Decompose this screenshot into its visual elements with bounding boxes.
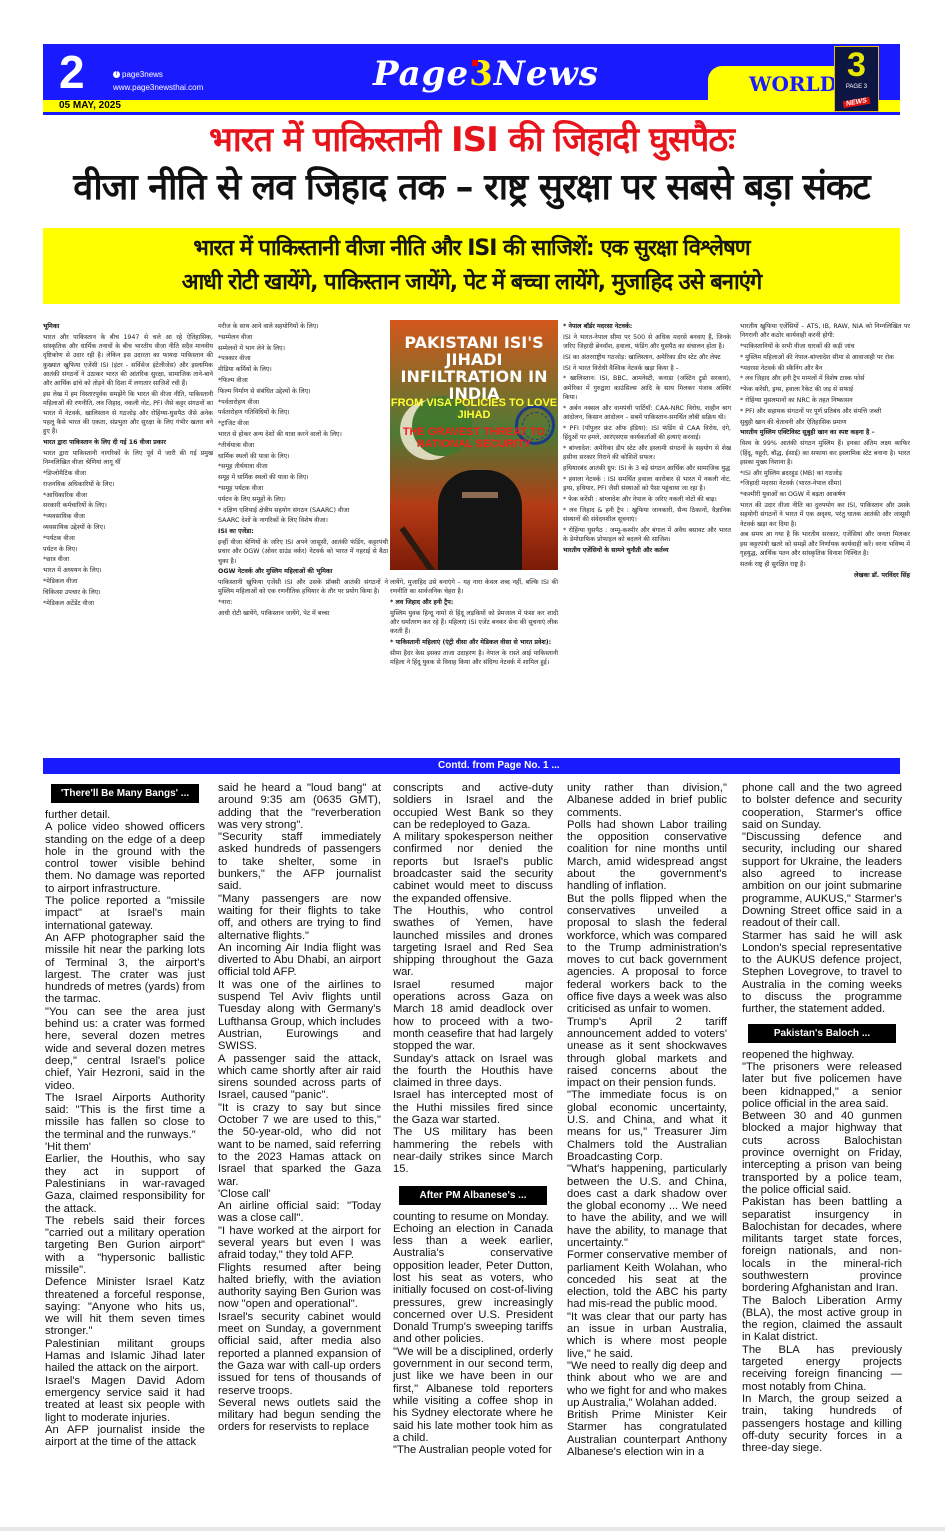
paragraph: लेखकः डॉ. परविंदर सिंह: [740, 571, 910, 580]
paragraph: 'Close call': [218, 1188, 381, 1200]
facebook-link[interactable]: fpage3news: [113, 68, 203, 81]
paragraph: सरकारी कर्मचारियों के लिए।: [43, 501, 213, 510]
paragraph: "The immediate focus is on global econom…: [567, 1089, 727, 1163]
paragraph: "You can see the area just behind us: a …: [45, 1006, 205, 1092]
hindi-column-3: लायेंगे, मुजाहिद उसे बनाएंगे – यह नारा क…: [390, 578, 558, 669]
masked-fighter-graphic: [438, 470, 522, 570]
book-tagline: THE GRAVEST THREAT TO NATIONAL SECURITY: [390, 426, 558, 450]
paragraph: राजनयिक अधिकारियों के लिए।: [43, 480, 213, 489]
paragraph: * नेपाल बॉर्डर मदरसा नेटवर्क:: [563, 322, 731, 331]
paragraph: unity rather than division," Albanese ad…: [567, 782, 727, 819]
paragraph: reopened the highway.: [742, 1049, 902, 1061]
paragraph: "Security staff immediately asked hundre…: [218, 831, 381, 892]
paragraph: An airline official said: "Today was a c…: [218, 1200, 381, 1225]
paragraph: The Israel Airports Authority said: "Thi…: [45, 1092, 205, 1141]
continued-label: Contd. from Page No. 1 ...: [438, 758, 560, 774]
paragraph: *मेडिकल अटेंडेंट वीजा: [43, 599, 213, 608]
paragraph: *पत्रकार वीजा: [218, 354, 388, 363]
paragraph: * PFI (पॉपुलर फ्रंट ऑफ इंडिया): ISI फंडि…: [563, 424, 731, 443]
paragraph: *कश्मीरी युवाओं का OGW में बढ़ता आकर्षण: [740, 490, 910, 499]
paragraph: ISI का एजेंडा:: [218, 527, 388, 536]
paragraph: *डिप्लोमैटिक वीजा: [43, 469, 213, 478]
subheadline-band: भारत में पाकिस्तानी वीजा नीति और ISI की …: [43, 228, 900, 304]
paragraph: But the polls flipped when the conservat…: [567, 893, 727, 1016]
paragraph: सतर्क राष्ट्र ही सुरक्षित राष्ट्र है।: [740, 560, 910, 569]
paragraph: Trump's April 2 tariff announcement adde…: [567, 1016, 727, 1090]
paragraph: An AFP journalist inside the airport at …: [45, 1424, 205, 1449]
paragraph: *मेडिकल वीजा: [43, 577, 213, 586]
paragraph: पाकिस्तानी खुफिया एजेंसी ISI और उसके प्र…: [218, 578, 388, 597]
paragraph: सुबुही खान की चेतावनी और ऐतिहासिक प्रमाण: [740, 418, 910, 427]
paragraph: counting to resume on Monday.: [393, 1211, 553, 1223]
paragraph: Israel has intercepted most of the Huthi…: [393, 1089, 553, 1126]
english-column-4: unity rather than division," Albanese ad…: [567, 782, 727, 1458]
paragraph: मुस्लिम युवक हिन्दू नामों से हिंदू लड़कि…: [390, 609, 558, 637]
story-kicker-albanese[interactable]: After PM Albanese's ...: [399, 1186, 547, 1205]
story-kicker-baloch[interactable]: Pakistan's Baloch ...: [748, 1024, 896, 1043]
paragraph: व्यवसायिक उद्देश्यों के लिए।: [43, 523, 213, 532]
continued-banner: Contd. from Page No. 1 ...: [43, 758, 900, 774]
paragraph: Several news outlets said the military h…: [218, 1397, 381, 1434]
paragraph: इस लेख में हम विस्तारपूर्वक समझेंगे कि भ…: [43, 390, 213, 436]
paragraph: ISI ने भारत विरोधी वैश्विक नेटवर्क खड़ा …: [563, 364, 731, 373]
paragraph: conscripts and active-duty soldiers in I…: [393, 782, 553, 831]
paragraph: भारत से होकर अन्य देशों की यात्रा करने व…: [218, 430, 388, 439]
subheadline-2: आधी रोटी खायेंगे, पाकिस्तान जायेंगे, पेट…: [43, 268, 900, 298]
paragraph: Starmer has said he will ask London's sp…: [742, 930, 902, 1016]
newspaper-logo[interactable]: Page3News: [373, 52, 599, 96]
paragraph: *समूह तीर्थयात्रा वीजा: [218, 462, 388, 471]
paragraph: SAARC देशों के नागरिकों के लिए विशेष वीज…: [218, 516, 388, 525]
paragraph: An AFP photographer said the missile hit…: [45, 932, 205, 1006]
paragraph: पर्वतारोहण गतिविधियों के लिए।: [218, 408, 388, 417]
paragraph: Echoing an election in Canada less than …: [393, 1223, 553, 1346]
hindi-column-1: भूमिकाभारत और पाकिस्तान के बीच 1947 से च…: [43, 322, 213, 609]
masthead: 2 fpage3news www.page3newsthai.com 05 MA…: [43, 44, 900, 115]
page-bottom-rule: [0, 1527, 945, 1531]
headline-red: भारत में पाकिस्तानी ISI की जिहादी घुसपैठ…: [43, 120, 900, 160]
paragraph: इन्हीं वीजा श्रेणियों के जरिए ISI अपने ज…: [218, 538, 388, 566]
paragraph: * अर्बन नक्सल और वामपंथी पार्टियाँ: CAA-…: [563, 404, 731, 423]
paragraph: "It was clear that our party has an issu…: [567, 1311, 727, 1360]
paragraph: Israel's Magen David Adom emergency serv…: [45, 1375, 205, 1424]
paragraph: Palestinian militant groups Hamas and Is…: [45, 1338, 205, 1375]
paragraph: Flights resumed after being halted brief…: [218, 1262, 381, 1311]
paragraph: मीडिया कर्मियों के लिए।: [218, 365, 388, 374]
paragraph: * हवाला नेटवर्क : ISI समर्थित हवाला कारो…: [563, 475, 731, 494]
paragraph: * रोहिंग्या मुसलमानों का NRC के तहत निष्…: [740, 396, 910, 405]
paragraph: *आधिकारिक वीजा: [43, 491, 213, 500]
hindi-column-4: * नेपाल बॉर्डर मदरसा नेटवर्क:ISI ने भारत…: [563, 322, 731, 557]
paragraph: *सम्मेलन वीजा: [218, 333, 388, 342]
logo-three: 3: [469, 54, 494, 94]
paragraph: सीमा हैदर केस इसका ताजा उदाहरण है। नेपाल…: [390, 649, 558, 668]
paragraph: "Many passengers are now waiting for the…: [218, 893, 381, 942]
paragraph: "We need to really dig deep and think ab…: [567, 1360, 727, 1409]
paragraph: Israel resumed major operations across G…: [393, 979, 553, 1053]
paragraph: Between 30 and 40 gunmen blocked a major…: [742, 1110, 902, 1196]
paragraph: Israel's security cabinet would meet on …: [218, 1311, 381, 1397]
page-number: 2: [59, 48, 85, 96]
paragraph: सम्मेलनों में भाग लेने के लिए।: [218, 344, 388, 353]
paragraph: * लव जिहाद और हनी ट्रैप मामलों में विशेष…: [740, 374, 910, 383]
paragraph: Pakistan has been battling a separatist …: [742, 1196, 902, 1294]
paragraph: * बांग्लादेश: अमेरिका डीप स्टेट और इस्ला…: [563, 444, 731, 463]
paragraph: British Prime Minister Keir Starmer has …: [567, 1409, 727, 1458]
paragraph: * फेक करेंसी : बांग्लादेश और नेपाल के जर…: [563, 495, 731, 504]
page3-badge-logo: 3 PAGE 3 NEWS: [834, 46, 879, 112]
masthead-bottom-rule: [43, 112, 900, 115]
paragraph: चिकित्सा उपचार के लिए।: [43, 588, 213, 597]
paragraph: भारत में अध्ययन के लिए।: [43, 566, 213, 575]
paragraph: phone call and the two agreed to bolster…: [742, 782, 902, 831]
paragraph: The BLA has previously targeted energy p…: [742, 1344, 902, 1393]
paragraph: * दक्षिण एशियाई क्षेत्रीय सहयोग संगठन (S…: [218, 506, 388, 515]
paragraph: लायेंगे, मुजाहिद उसे बनाएंगे – यह नारा क…: [390, 578, 558, 597]
paragraph: *ISI और मुस्लिम ब्रदरहुड (MB) का गठजोड़: [740, 469, 910, 478]
paragraph: पर्यटन के लिए समूहों के लिए।: [218, 495, 388, 504]
paragraph: भारतीय खुफिया एजेंसियों – ATS, IB, RAW, …: [740, 322, 910, 341]
paragraph: भूमिका: [43, 322, 213, 331]
paragraph: भारतीय एजेंसियों के सामने चुनौती और कर्त…: [563, 546, 731, 555]
paragraph: "It is crazy to say but since October 7 …: [218, 1102, 381, 1188]
paragraph: ISI का अंतरराष्ट्रीय गठजोड़: खालिस्तान, …: [563, 353, 731, 362]
paragraph: फिल्म निर्माण से संबंधित उद्देश्यों के ल…: [218, 387, 388, 396]
paragraph: It was one of the airlines to suspend Te…: [218, 979, 381, 1053]
paragraph: पर्यटन के लिए।: [43, 545, 213, 554]
paragraph: "The prisoners were released later but f…: [742, 1061, 902, 1110]
subheadline-1: भारत में पाकिस्तानी वीजा नीति और ISI की …: [43, 234, 900, 264]
issue-date: 05 MAY, 2025: [59, 99, 121, 112]
paragraph: * लव जिहाद और हनी ट्रैप:: [390, 598, 558, 607]
book-title: PAKISTANI ISI'S JIHADI INFILTRATION IN I…: [390, 334, 558, 402]
story-kicker-bangs[interactable]: 'There'll Be Many Bangs' ...: [51, 784, 199, 803]
paragraph: An incoming Air India flight was diverte…: [218, 942, 381, 979]
paragraph: * मुस्लिम महिलाओं की नेपाल-बांग्लादेश सी…: [740, 353, 910, 362]
paragraph: *छात्र वीजा: [43, 555, 213, 564]
english-column-1: 'There'll Be Many Bangs' ... further det…: [45, 782, 205, 1448]
paragraph: 'Hit them': [45, 1141, 205, 1153]
paragraph: *समूह पर्यटक वीजा: [218, 484, 388, 493]
paragraph: *जिहादी मदरसा नेटवर्क (भारत-नेपाल सीमा): [740, 479, 910, 488]
paragraph: *पर्यटक वीजा: [43, 534, 213, 543]
paragraph: भारत द्वारा पाकिस्तानी नागरिकों के लिए प…: [43, 449, 213, 468]
paragraph: *नारा:: [218, 598, 388, 607]
paragraph: Former conservative member of parliament…: [567, 1249, 727, 1310]
paragraph: In March, the group seized a train, taki…: [742, 1393, 902, 1454]
paragraph: The police reported a "missile impact" a…: [45, 895, 205, 932]
book-cover-image: PAKISTANI ISI'S JIHADI INFILTRATION IN I…: [390, 320, 558, 570]
hindi-column-2: मरीज के साथ आने वाले सहयोगियों के लिए।*स…: [218, 322, 388, 620]
paragraph: * खालिस्तान: ISI, BBC, आमनेस्टी, कनाडा (…: [563, 374, 731, 402]
paragraph: Sunday's attack on Israel was the fourth…: [393, 1053, 553, 1090]
paragraph: The Baloch Liberation Army (BLA), the mo…: [742, 1295, 902, 1344]
paragraph: The Houthis, who control swathes of Yeme…: [393, 905, 553, 979]
paragraph: A military spokesperson neither confirme…: [393, 831, 553, 905]
paragraph: मरीज के साथ आने वाले सहयोगियों के लिए।: [218, 322, 388, 331]
paragraph: भारत और पाकिस्तान के बीच 1947 से चले आ र…: [43, 333, 213, 389]
paragraph: समूह में धार्मिक स्थलों की यात्रा के लिए…: [218, 473, 388, 482]
paragraph: "I have worked at the airport for severa…: [218, 1225, 381, 1262]
paragraph: * रोहिंग्या घुसपैठ : जम्मू-कश्मीर और बंग…: [563, 526, 731, 545]
facebook-icon: f: [113, 71, 120, 78]
section-label: WORLD: [749, 71, 837, 97]
book-subtitle: FROM VISA POLICIES TO LOVE JIHAD: [390, 397, 558, 421]
hindi-column-5: भारतीय खुफिया एजेंसियों – ATS, IB, RAW, …: [740, 322, 910, 581]
paragraph: Polls had shown Labor trailing the oppos…: [567, 819, 727, 893]
paragraph: "The Australian people voted for: [393, 1444, 553, 1456]
paragraph: *पर्वतारोहण वीजा: [218, 398, 388, 407]
paragraph: The rebels said their forces "carried ou…: [45, 1215, 205, 1276]
social-links: fpage3news www.page3newsthai.com: [113, 68, 203, 94]
paragraph: *तीर्थयात्रा वीजा: [218, 441, 388, 450]
paragraph: "We will be a disciplined, orderly gover…: [393, 1346, 553, 1444]
paragraph: OGW नेटवर्क और मुस्लिम महिलाओं की भूमिका: [218, 567, 388, 576]
paragraph: भारतीय मुस्लिम एक्टिविस्ट सुबुही खान का …: [740, 428, 910, 437]
paragraph: भारत द्वारा पाकिस्तान के लिए दी गई 16 वी…: [43, 438, 213, 447]
paragraph: *व्यवसायिक वीजा: [43, 512, 213, 521]
paragraph: A police video showed officers standing …: [45, 821, 205, 895]
paragraph: The US military has been hammering the r…: [393, 1126, 553, 1175]
english-column-5: phone call and the two agreed to bolster…: [742, 782, 902, 1454]
paragraph: Defence Minister Israel Katz threatened …: [45, 1276, 205, 1337]
paragraph: * PFI और सहायक संगठनों पर पूर्ण प्रतिबंध…: [740, 407, 910, 416]
paragraph: *फेक करेंसी, ड्रग्स, हवाला रैकेट की जड़ …: [740, 385, 910, 394]
paragraph: further detail.: [45, 809, 205, 821]
headline-black: वीजा नीति से लव जिहाद तक – राष्ट्र सुरक्…: [43, 166, 900, 210]
paragraph: *पाकिस्तानियों के सभी वीजा धारकों की कड़…: [740, 342, 910, 351]
website-link[interactable]: www.page3newsthai.com: [113, 81, 203, 94]
paragraph: *फिल्म वीजा: [218, 376, 388, 385]
paragraph: हथियारबंद आतंकी ग्रुप: ISI के 3 बड़े संग…: [563, 464, 731, 473]
paragraph: said he heard a "loud bang" at around 9:…: [218, 782, 381, 831]
paragraph: "Discussing defence and security, includ…: [742, 831, 902, 929]
paragraph: Earlier, the Houthis, who say they act i…: [45, 1153, 205, 1214]
english-column-2: said he heard a "loud bang" at around 9:…: [218, 782, 381, 1434]
paragraph: A passenger said the attack, which came …: [218, 1053, 381, 1102]
paragraph: * लव जिहाद & हनी ट्रैप : खुफिया जानकारी,…: [563, 506, 731, 525]
paragraph: *ट्रांजिट वीजा: [218, 419, 388, 428]
paragraph: आधी रोटी खायेंगे, पाकिस्तान जायेंगे, पेट…: [218, 609, 388, 618]
paragraph: अब समय आ गया है कि भारतीय सरकार, एजेंसिय…: [740, 530, 910, 558]
paragraph: विश्व के 99% आतंकी संगठन मुस्लिम हैं। इन…: [740, 439, 910, 467]
paragraph: ISI ने भारत-नेपाल सीमा पर 500 से अधिक मद…: [563, 333, 731, 352]
paragraph: *मदरसा नेटवर्क की स्कैनिंग और बैन: [740, 364, 910, 373]
paragraph: धार्मिक स्थलों की यात्रा के लिए।: [218, 452, 388, 461]
paragraph: "What's happening, particularly between …: [567, 1163, 727, 1249]
paragraph: * पाकिस्तानी महिलाएं (एंट्री वीसा और मेड…: [390, 638, 558, 647]
paragraph: भारत की उदार वीजा नीति का दुरुपयोग कर IS…: [740, 501, 910, 529]
english-column-3: conscripts and active-duty soldiers in I…: [393, 782, 553, 1456]
